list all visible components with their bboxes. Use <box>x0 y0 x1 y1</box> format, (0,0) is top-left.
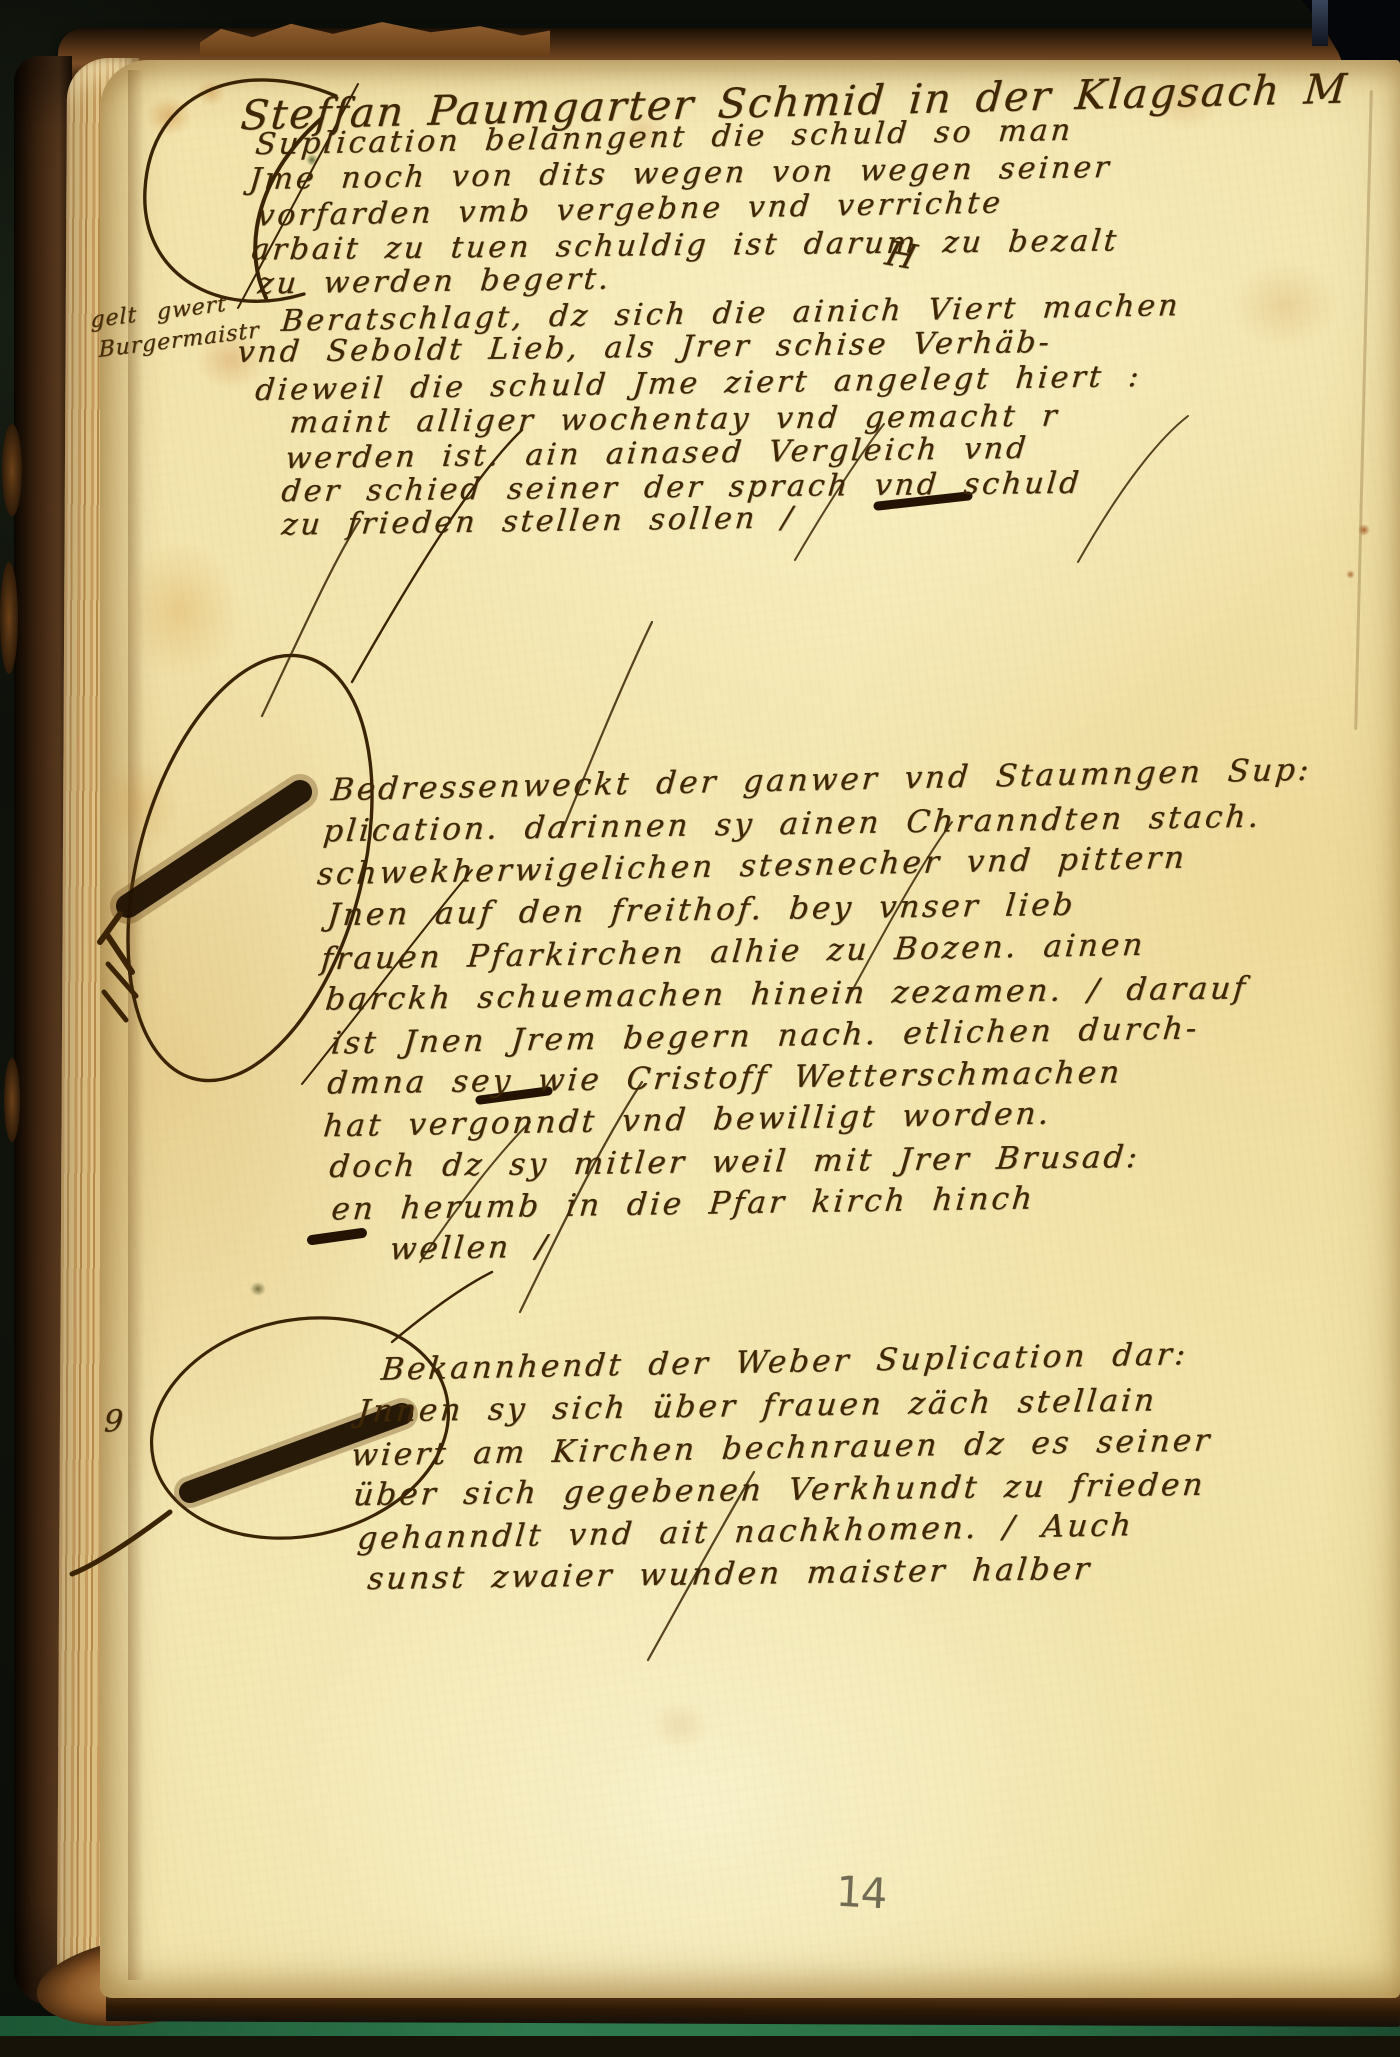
handwriting-line: zu frieden stellen sollen / <box>280 500 797 542</box>
folio-number: 14 <box>835 1867 887 1919</box>
spine-wear-knot <box>2 424 22 516</box>
spine-wear-knot <box>4 1058 20 1142</box>
manuscript-photo: Steffan Paumgarter Schmid in der Klagsac… <box>0 0 1400 2057</box>
spine-wear-knot <box>0 562 18 674</box>
handwriting-line: wellen / <box>388 1229 551 1268</box>
mat-shadow <box>0 2036 1400 2057</box>
handwriting-line: zu werden begert. <box>256 262 613 302</box>
margin-mark: 9 <box>103 1403 126 1439</box>
cover-glint <box>1312 0 1328 46</box>
